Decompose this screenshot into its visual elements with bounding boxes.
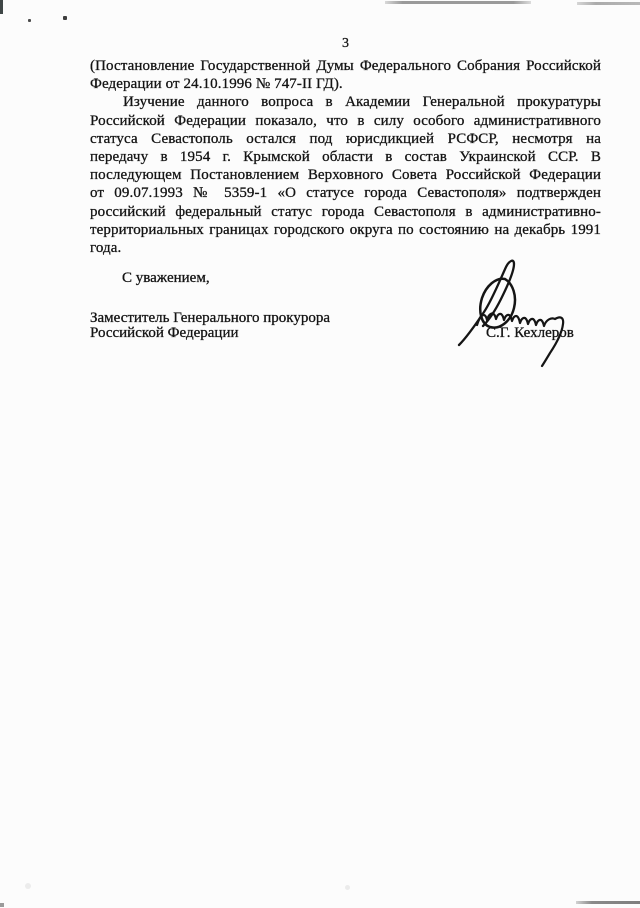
scan-artifact-speck	[63, 16, 67, 20]
signature-icon	[450, 253, 580, 369]
paragraph-findings-line: территориальных границах городского окру…	[90, 221, 601, 239]
paragraph-findings-line: российский федеральный статус города Сев…	[90, 203, 601, 221]
paragraph-findings-line: статуса Севастополь остался под юрисдикц…	[90, 130, 601, 148]
paragraph-findings-line: Изучение данного вопроса в Академии Гене…	[90, 93, 601, 111]
signer-title-line: Российской Федерации	[90, 326, 330, 341]
scan-artifact-top-edge-line	[385, 1, 531, 4]
scan-artifact-speck	[0, 903, 4, 907]
paragraph-findings-line: последующем Постановлением Верховного Со…	[90, 166, 601, 184]
paragraph-findings-line: передачу в 1954 г. Крымской области в со…	[90, 148, 601, 166]
scan-artifact-top-left-bar	[0, 0, 3, 14]
page-number: 3	[90, 36, 601, 52]
paragraph-reference-line: (Постановление Государственной Думы Феде…	[90, 57, 601, 75]
scan-artifact-bottom-edge-line	[576, 901, 640, 904]
paragraph-findings-line: Российской Федерации показало, что в сил…	[90, 112, 601, 130]
scan-artifact-smudge	[25, 883, 31, 889]
signer-title: Заместитель Генерального прокурора Росси…	[90, 311, 330, 340]
signer-title-line: Заместитель Генерального прокурора	[90, 311, 330, 326]
scan-artifact-speck	[28, 19, 31, 22]
paragraph-reference-line: Федерации от 24.10.1996 № 747-II ГД).	[90, 75, 601, 93]
scan-artifact-top-edge-line	[577, 2, 640, 5]
scanned-document-page: 3 (Постановление Государственной Думы Фе…	[0, 0, 640, 908]
paragraph-findings-line: от 09.07.1993 № 5359-1 «О статусе города…	[90, 184, 601, 202]
scan-artifact-smudge	[345, 885, 350, 890]
letter-body: (Постановление Государственной Думы Феде…	[90, 57, 601, 257]
closing-salutation: С уважением,	[122, 270, 210, 287]
